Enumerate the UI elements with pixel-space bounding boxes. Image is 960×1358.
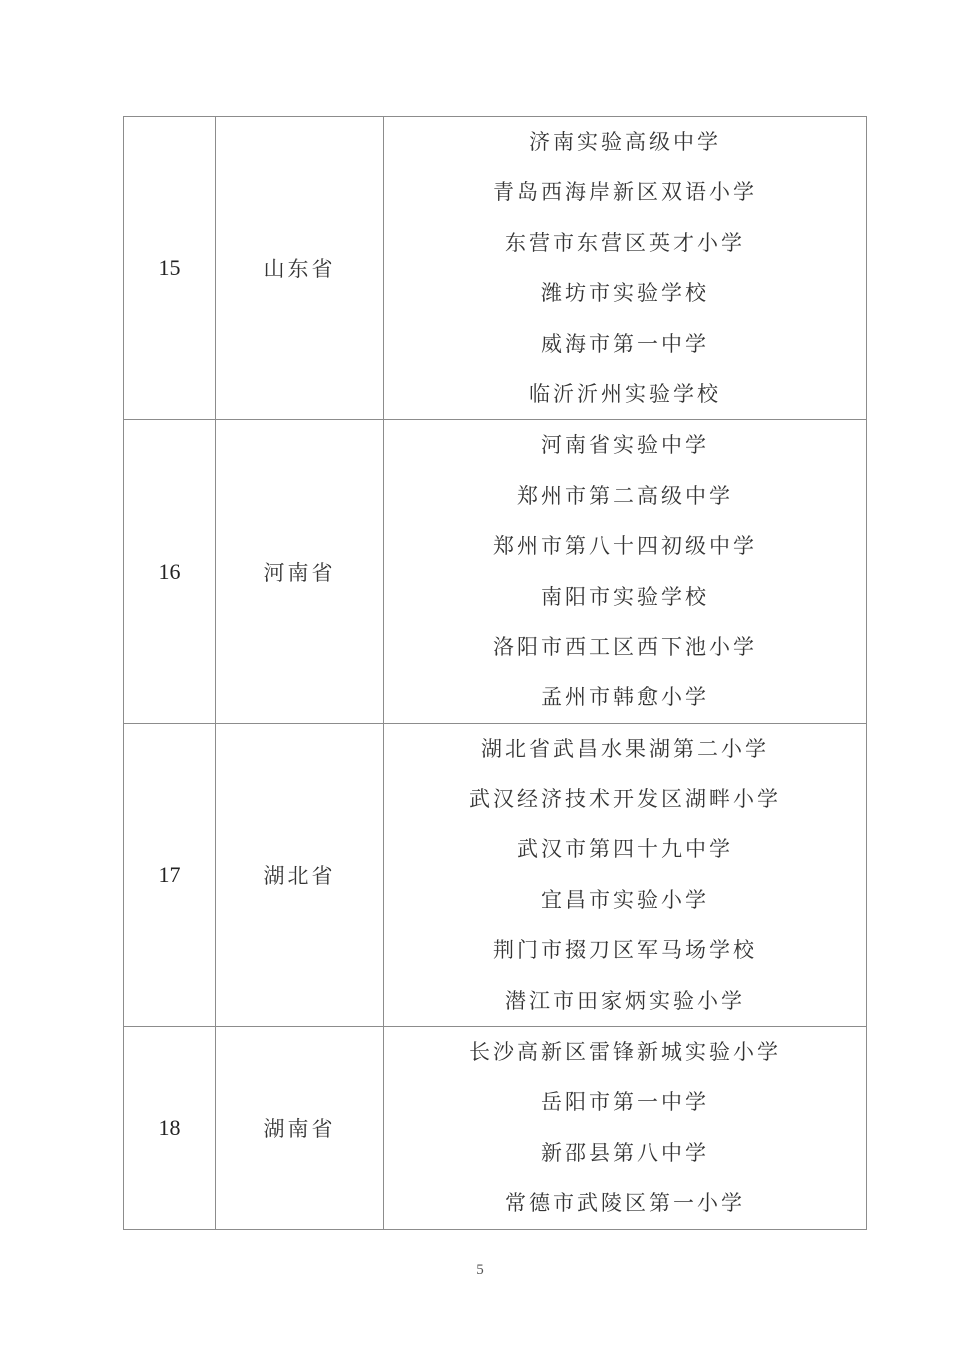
school-name: 济南实验高级中学 — [384, 117, 866, 167]
school-name: 潜江市田家炳实验小学 — [384, 976, 866, 1026]
school-name: 岳阳市第一中学 — [384, 1077, 866, 1127]
province-cell: 河南省 — [216, 420, 384, 723]
school-name: 宜昌市实验小学 — [384, 875, 866, 925]
school-name: 青岛西海岸新区双语小学 — [384, 167, 866, 217]
school-name: 威海市第一中学 — [384, 319, 866, 369]
school-name: 常德市武陵区第一小学 — [384, 1178, 866, 1228]
province-cell: 湖北省 — [216, 723, 384, 1026]
school-name: 长沙高新区雷锋新城实验小学 — [384, 1027, 866, 1077]
schools-cell: 河南省实验中学 郑州市第二高级中学 郑州市第八十四初级中学 南阳市实验学校 洛阳… — [384, 420, 867, 723]
school-name: 新邵县第八中学 — [384, 1128, 866, 1178]
document-page: 15 山东省 济南实验高级中学 青岛西海岸新区双语小学 东营市东营区英才小学 潍… — [0, 0, 960, 1358]
school-name: 郑州市第二高级中学 — [384, 471, 866, 521]
school-name: 荆门市掇刀区军马场学校 — [384, 925, 866, 975]
row-number: 17 — [124, 723, 216, 1026]
school-name: 孟州市韩愈小学 — [384, 672, 866, 722]
school-name: 武汉市第四十九中学 — [384, 824, 866, 874]
school-name: 潍坊市实验学校 — [384, 268, 866, 318]
school-name: 湖北省武昌水果湖第二小学 — [384, 724, 866, 774]
schools-cell: 长沙高新区雷锋新城实验小学 岳阳市第一中学 新邵县第八中学 常德市武陵区第一小学 — [384, 1027, 867, 1230]
table-row: 17 湖北省 湖北省武昌水果湖第二小学 武汉经济技术开发区湖畔小学 武汉市第四十… — [124, 723, 867, 1026]
table-row: 16 河南省 河南省实验中学 郑州市第二高级中学 郑州市第八十四初级中学 南阳市… — [124, 420, 867, 723]
schools-cell: 济南实验高级中学 青岛西海岸新区双语小学 东营市东营区英才小学 潍坊市实验学校 … — [384, 117, 867, 420]
table-row: 15 山东省 济南实验高级中学 青岛西海岸新区双语小学 东营市东营区英才小学 潍… — [124, 117, 867, 420]
school-name: 洛阳市西工区西下池小学 — [384, 622, 866, 672]
school-name: 武汉经济技术开发区湖畔小学 — [384, 774, 866, 824]
province-cell: 山东省 — [216, 117, 384, 420]
school-name: 河南省实验中学 — [384, 420, 866, 470]
row-number: 15 — [124, 117, 216, 420]
page-number: 5 — [0, 1262, 960, 1279]
row-number: 18 — [124, 1027, 216, 1230]
school-name: 南阳市实验学校 — [384, 572, 866, 622]
school-name: 郑州市第八十四初级中学 — [384, 521, 866, 571]
schools-cell: 湖北省武昌水果湖第二小学 武汉经济技术开发区湖畔小学 武汉市第四十九中学 宜昌市… — [384, 723, 867, 1026]
school-name: 临沂沂州实验学校 — [384, 369, 866, 419]
school-name: 东营市东营区英才小学 — [384, 218, 866, 268]
row-number: 16 — [124, 420, 216, 723]
province-cell: 湖南省 — [216, 1027, 384, 1230]
table-row: 18 湖南省 长沙高新区雷锋新城实验小学 岳阳市第一中学 新邵县第八中学 常德市… — [124, 1027, 867, 1230]
school-list-table: 15 山东省 济南实验高级中学 青岛西海岸新区双语小学 东营市东营区英才小学 潍… — [123, 116, 867, 1230]
